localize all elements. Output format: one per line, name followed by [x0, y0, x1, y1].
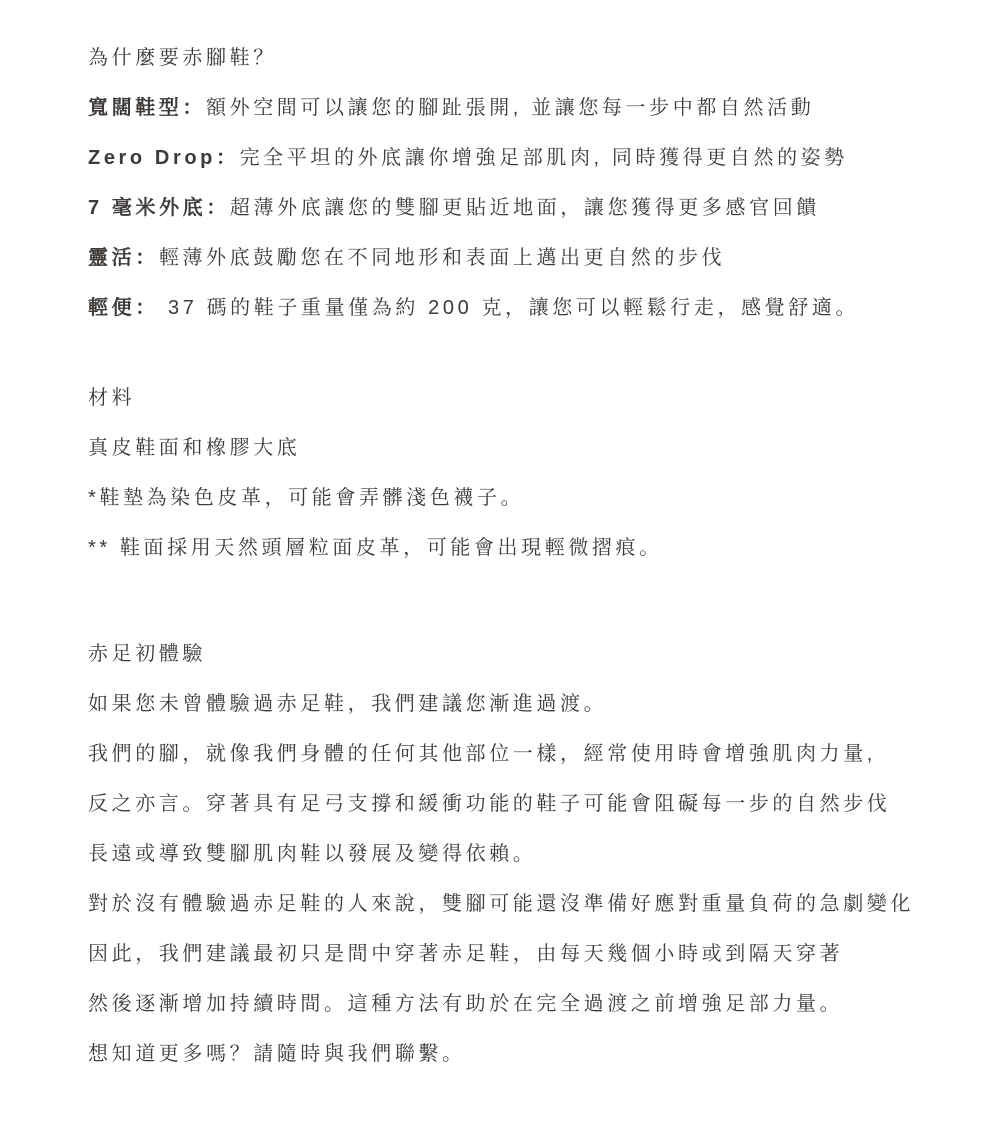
product-description-page: 為什麼要赤腳鞋？ 寬闊鞋型：額外空間可以讓您的腳趾張開, 並讓您每一步中都自然活… [0, 0, 982, 1122]
feature-label: 輕便： [88, 297, 159, 319]
section-heading-materials: 材料 [88, 383, 924, 413]
feature-text: 完全平坦的外底讓你增強足部肌肉, 同時獲得更自然的姿勢 [240, 147, 848, 169]
section-heading-why: 為什麼要赤腳鞋？ [88, 43, 924, 73]
materials-note-leather: ** 鞋面採用天然頭層粒面皮革，可能會出現輕微摺痕。 [88, 533, 924, 563]
section-materials: 材料 真皮鞋面和橡膠大底 *鞋墊為染色皮革，可能會弄髒淺色襪子。 ** 鞋面採用… [88, 383, 924, 563]
feature-label: Zero Drop： [88, 147, 240, 169]
section-barefoot-intro: 赤足初體驗 如果您未曾體驗過赤足鞋，我們建議您漸進過渡。 我們的腳，就像我們身體… [88, 639, 924, 1069]
section-heading-barefoot: 赤足初體驗 [88, 639, 924, 669]
feature-label: 寬闊鞋型： [88, 97, 206, 119]
feature-text: 37 碼的鞋子重量僅為約 200 克，讓您可以輕鬆行走，感覺舒適。 [159, 297, 859, 319]
barefoot-line: 因此，我們建議最初只是間中穿著赤足鞋，由每天幾個小時或到隔天穿著 [88, 939, 924, 969]
barefoot-line: 長遠或導致雙腳肌肉鞋以發展及變得依賴。 [88, 839, 924, 869]
feature-line-flexible: 靈活：輕薄外底鼓勵您在不同地形和表面上邁出更自然的步伐 [88, 243, 924, 273]
barefoot-line: 反之亦言。穿著具有足弓支撐和緩衝功能的鞋子可能會阻礙每一步的自然步伐 [88, 789, 924, 819]
materials-note-insole: *鞋墊為染色皮革，可能會弄髒淺色襪子。 [88, 483, 924, 513]
barefoot-line: 對於沒有體驗過赤足鞋的人來說，雙腳可能還沒準備好應對重量負荷的急劇變化 [88, 889, 924, 919]
feature-line-7mm-sole: 7 毫米外底：超薄外底讓您的雙腳更貼近地面，讓您獲得更多感官回饋 [88, 193, 924, 223]
barefoot-line: 我們的腳，就像我們身體的任何其他部位一樣，經常使用時會增強肌肉力量, [88, 739, 924, 769]
feature-label: 靈活： [88, 247, 159, 269]
feature-line-wide-toebox: 寬闊鞋型：額外空間可以讓您的腳趾張開, 並讓您每一步中都自然活動 [88, 93, 924, 123]
feature-text: 輕薄外底鼓勵您在不同地形和表面上邁出更自然的步伐 [159, 247, 725, 269]
feature-text: 額外空間可以讓您的腳趾張開, 並讓您每一步中都自然活動 [206, 97, 814, 119]
barefoot-line: 想知道更多嗎？請隨時與我們聯繫。 [88, 1039, 924, 1069]
feature-line-zero-drop: Zero Drop：完全平坦的外底讓你增強足部肌肉, 同時獲得更自然的姿勢 [88, 143, 924, 173]
materials-line: 真皮鞋面和橡膠大底 [88, 433, 924, 463]
section-why-barefoot: 為什麼要赤腳鞋？ 寬闊鞋型：額外空間可以讓您的腳趾張開, 並讓您每一步中都自然活… [88, 43, 924, 323]
feature-label: 7 毫米外底： [88, 197, 230, 219]
feature-text: 超薄外底讓您的雙腳更貼近地面，讓您獲得更多感官回饋 [230, 197, 820, 219]
barefoot-line: 然後逐漸增加持續時間。這種方法有助於在完全過渡之前增強足部力量。 [88, 989, 924, 1019]
barefoot-line: 如果您未曾體驗過赤足鞋，我們建議您漸進過渡。 [88, 689, 924, 719]
feature-line-lightweight: 輕便： 37 碼的鞋子重量僅為約 200 克，讓您可以輕鬆行走，感覺舒適。 [88, 293, 924, 323]
